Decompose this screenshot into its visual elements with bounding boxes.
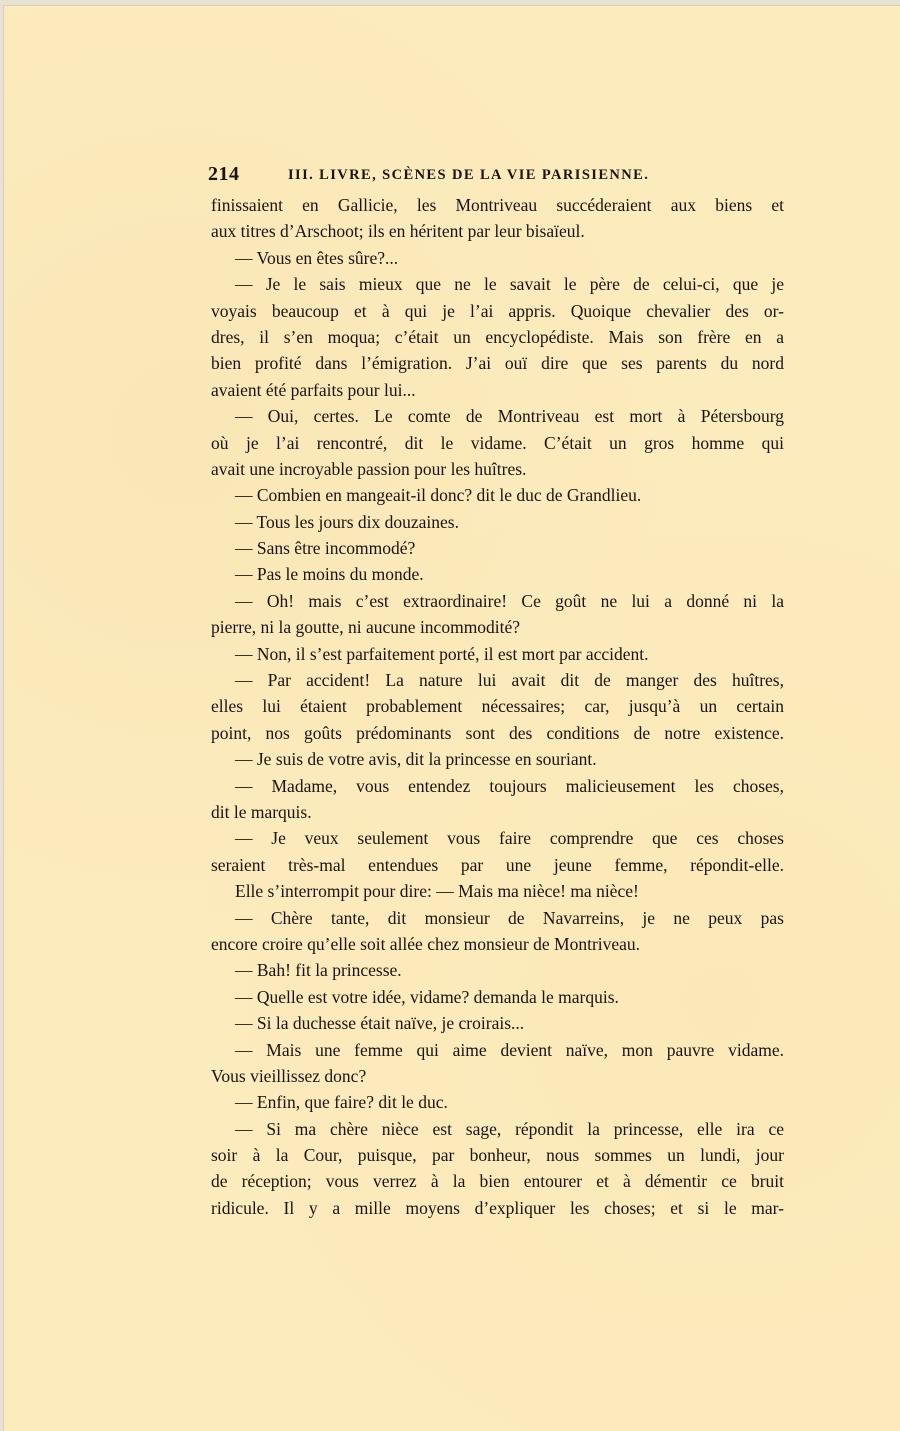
text-line: — Oh! mais c’est extraordinaire! Ce goût…: [211, 588, 784, 614]
text-line: — Si ma chère nièce est sage, répondit l…: [211, 1116, 784, 1142]
text-line: — Vous en êtes sûre?...: [211, 245, 784, 271]
text-line: — Combien en mangeait-il donc? dit le du…: [211, 482, 784, 508]
book-page: 214 III. LIVRE, SCÈNES DE LA VIE PARISIE…: [3, 5, 900, 1430]
text-line: bien profité dans l’émigration. J’ai ouï…: [211, 350, 784, 376]
text-line: voyais beaucoup et à qui je l’ai appris.…: [211, 298, 784, 324]
text-line: avait une incroyable passion pour les hu…: [211, 456, 784, 482]
text-line: — Bah! fit la princesse.: [211, 957, 784, 983]
text-line: — Quelle est votre idée, vidame? demanda…: [211, 984, 784, 1010]
running-head: 214 III. LIVRE, SCÈNES DE LA VIE PARISIE…: [208, 163, 784, 187]
text-line: soir à la Cour, puisque, par bonheur, no…: [211, 1142, 784, 1168]
body-text: finissaient en Gallicie, les Montriveau …: [211, 192, 784, 1221]
text-line: finissaient en Gallicie, les Montriveau …: [211, 192, 784, 218]
text-line: pierre, ni la goutte, ni aucune incommod…: [211, 614, 784, 640]
text-line: — Enfin, que faire? dit le duc.: [211, 1089, 784, 1115]
text-line: dit le marquis.: [211, 799, 784, 825]
text-line: dres, il s’en moqua; c’était un encyclop…: [211, 324, 784, 350]
text-line: — Pas le moins du monde.: [211, 561, 784, 587]
text-line: — Madame, vous entendez toujours malicie…: [211, 773, 784, 799]
text-line: elles lui étaient probablement nécessair…: [211, 693, 784, 719]
text-line: encore croire qu’elle soit allée chez mo…: [211, 931, 784, 957]
running-head-title: III. LIVRE, SCÈNES DE LA VIE PARISIENNE.: [288, 167, 649, 184]
text-line: avaient été parfaits pour lui...: [211, 377, 784, 403]
text-line: — Je le sais mieux que ne le savait le p…: [211, 271, 784, 297]
text-line: Elle s’interrompit pour dire: — Mais ma …: [211, 878, 784, 904]
text-line: de réception; vous verrez à la bien ento…: [211, 1168, 784, 1194]
text-line: — Je suis de votre avis, dit la princess…: [211, 746, 784, 772]
text-line: — Chère tante, dit monsieur de Navarrein…: [211, 905, 784, 931]
text-line: point, nos goûts prédominants sont des c…: [211, 720, 784, 746]
text-line: — Sans être incommodé?: [211, 535, 784, 561]
text-line: — Non, il s’est parfaitement porté, il e…: [211, 641, 784, 667]
text-line: — Si la duchesse était naïve, je croirai…: [211, 1010, 784, 1036]
text-line: — Mais une femme qui aime devient naïve,…: [211, 1037, 784, 1063]
text-line: Vous vieillissez donc?: [211, 1063, 784, 1089]
text-line: — Oui, certes. Le comte de Montriveau es…: [211, 403, 784, 429]
text-line: aux titres d’Arschoot; ils en héritent p…: [211, 218, 784, 244]
text-line: — Je veux seulement vous faire comprendr…: [211, 825, 784, 851]
page-number: 214: [208, 163, 240, 186]
text-line: seraient très-mal entendues par une jeun…: [211, 852, 784, 878]
text-line: — Tous les jours dix douzaines.: [211, 509, 784, 535]
text-line: — Par accident! La nature lui avait dit …: [211, 667, 784, 693]
text-line: ridicule. Il y a mille moyens d’explique…: [211, 1195, 784, 1221]
text-line: où je l’ai rencontré, dit le vidame. C’é…: [211, 430, 784, 456]
